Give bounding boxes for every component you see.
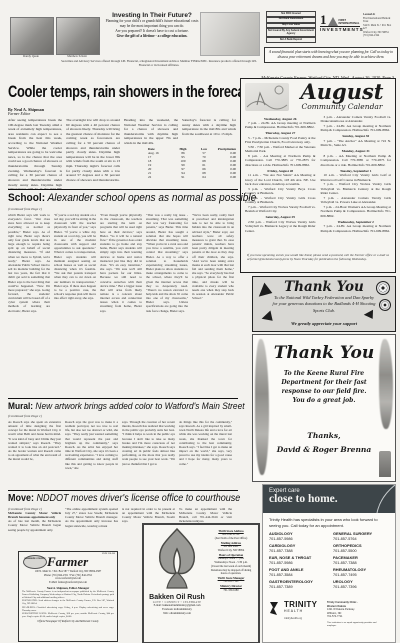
calendar-entry: 7 p.m. - 24-Hr. AA Group meeting at Nort… xyxy=(321,124,392,133)
director-phone: 701-339-6180 xyxy=(208,589,254,593)
calendar-entry: 5 - 7 p.m. - McKenzie County Food Pantry… xyxy=(245,136,316,145)
trinity-health-ad: Expert care close to home. Trinity Healt… xyxy=(262,484,396,643)
ad-body-line: Planning for your child's or grandchild'… xyxy=(104,19,200,29)
section-divider xyxy=(8,398,238,399)
mckenzie-county-logo: McKENZIE COUNTY xyxy=(23,555,47,569)
hours-note: (Closed the last week of each month) xyxy=(208,565,254,569)
ad-tagline: A sound financial plan starts with knowi… xyxy=(264,47,398,63)
trinity-logo-text: TRINITY xyxy=(284,601,317,609)
clinic-phone: 701-572-7711 xyxy=(327,615,385,619)
service-item: UROLOGY 701-857-7396 xyxy=(333,580,389,589)
thank-you-turkey-ad: Thank You To the National Wild Turkey Fe… xyxy=(252,276,396,332)
trinity-services: AUDIOLOGY 701-857-5986 CARDIOLOGY 701-85… xyxy=(269,532,389,598)
school-column-3: "Even though you're physically in the cl… xyxy=(100,213,142,395)
mural-column-3: says. Through the creation of her recent… xyxy=(122,420,175,486)
weather-column-2: The overnight low will drop to around 60… xyxy=(66,118,120,189)
school-continued: (Continued from Page 1) xyxy=(8,207,42,211)
section-divider xyxy=(8,189,238,190)
thank-you-line: To the Keene Rural Fire xyxy=(273,369,375,378)
thank-you-line: You do a great job. xyxy=(273,396,375,405)
weather-table: Date High Low Precipitation Aug. 16 86 5… xyxy=(148,147,238,179)
school-column-5: "We've been really, really hard at presc… xyxy=(192,213,234,395)
pyramid-icon xyxy=(328,17,338,26)
service-item: GENERAL SURGERY 701-857-5764 xyxy=(333,532,389,541)
service-item: ORTHOPEDICS 701-857-5500 xyxy=(333,544,389,553)
weather-column-1: After seeing temperatures break the 100-… xyxy=(8,118,62,189)
farmer-masthead: USPS 338-180 McKENZIE COUNTY Farmer 100 … xyxy=(18,551,118,642)
thank-you-footer: We greatly appreciate your support xyxy=(267,321,381,326)
located-street: 344 N. Main St. • P.O. Box 427 xyxy=(363,24,393,31)
calendar-entry: 7 p.m. - Watford City Wolves Varsity Foo… xyxy=(245,205,316,214)
calendar-subtitle: Community Calendar xyxy=(293,102,391,111)
mural-continued: (Continued from Page 1) xyxy=(8,414,42,418)
move-headline-text: NDDOT moves driver's license office to c… xyxy=(34,493,240,504)
masthead-official: Official Newspaper Of Watford City And M… xyxy=(22,620,114,624)
calendar-entries: Wednesday, August 267 p.m. - 24-Hr. AA G… xyxy=(245,115,391,251)
target-icon xyxy=(376,281,390,295)
bakken-web: Web: oilrushministry.com xyxy=(148,612,206,616)
calendar-entry: 7 p.m. - "The Anchor" AA Meeting at 722 … xyxy=(321,139,392,148)
school-headline-text: Alexander school opens as normal as poss… xyxy=(45,192,256,204)
turkey-icon xyxy=(256,281,273,296)
community-calendar: August Community Calendar Wednesday, Aug… xyxy=(240,78,396,273)
ad-body-line: Give the gift of a lifetime - a college … xyxy=(104,34,200,39)
calendar-entry: 7 p.m. - Alexander Comets Varsity Girls … xyxy=(321,196,392,205)
first-international-logo: 1 FIRST INTERNATIONAL INVESTMENTS xyxy=(320,13,360,32)
flame-graphic xyxy=(379,339,393,429)
calendar-entry: 8 p.m. - AA Meeting at Northern Pump & C… xyxy=(321,154,392,167)
masthead-editor: Neal A. Shipman, Editor-Manager xyxy=(22,586,114,590)
trinity-website: trinityhealth.org xyxy=(284,617,317,620)
calendar-entry: 7 p.m. - Watford City Wolves Varsity Gir… xyxy=(321,182,392,195)
trinity-banner: Expert care close to home. xyxy=(263,485,395,513)
advisor-name-2: Matthew Schulz xyxy=(56,54,98,58)
located-bank: First International Bank & Trust xyxy=(363,17,393,24)
calendar-month: August xyxy=(293,81,391,102)
move-headline: Move: NDDOT moves driver's license offic… xyxy=(8,493,240,504)
mural-headline-text: New artwork brings added color to Watfor… xyxy=(33,401,244,412)
weather-column-4: Saturday's forecast is calling for sunny… xyxy=(182,118,236,144)
trinity-logo-sub: HEALTH xyxy=(284,609,317,613)
calendar-footer-note: If you have upcoming events you would li… xyxy=(247,253,389,262)
service-item: AUDIOLOGY 701-857-5986 xyxy=(269,532,325,541)
bakken-oil-rush-ad: Bakken Oil Rush LOVE • CONNECT • CELEBRA… xyxy=(142,523,260,643)
donations-note: Donations may be dropped off during hour… xyxy=(208,569,254,577)
mural-headline-prefix: Mural: xyxy=(8,401,33,412)
mural-column-4: do things like this for the community," … xyxy=(179,420,232,486)
thank-you-fire-ad: Thank You To the Keene Rural Fire Depart… xyxy=(252,334,396,482)
masthead-legal-1: The McKenzie County Farmer is an indepen… xyxy=(22,591,114,600)
fire-hydrant-icon xyxy=(379,451,391,477)
first-international-ad: Not FDIC InsuredNot Bank GuaranteedMay L… xyxy=(264,9,394,73)
disclosure-bullet: Not A Bank Deposit xyxy=(266,37,316,43)
trinity-logo-icon xyxy=(269,601,282,616)
thank-you-sign1: Thanks, xyxy=(273,431,375,440)
calendar-entry: 2:30 p.m. - Watford City Wolves Varsity … xyxy=(245,220,316,233)
banner-curve-decoration xyxy=(355,485,395,513)
calendar-entry: 7 p.m. - 24-Hr. AA Group meeting at Nort… xyxy=(321,224,392,233)
service-item: EAR, NOSE & THROAT 701-857-5986 xyxy=(269,556,325,565)
school-headline: School: Alexander school opens as normal… xyxy=(8,192,256,204)
usps-number: USPS 338-180 xyxy=(102,553,115,555)
school-headline-prefix: School: xyxy=(8,192,45,204)
masthead-legal-4: SUBSCRIPTION RATES: McKenzie County, $38… xyxy=(22,613,114,619)
service-item: CARDIOLOGY 701-857-7388 xyxy=(269,544,325,553)
calendar-entry: 8 p.m. - AA Meeting at Northern Pump & C… xyxy=(245,154,316,167)
advisor-name-1: Randy Quale xyxy=(10,54,52,58)
clinic-disclaimer: This institution is an equal opportunity… xyxy=(327,622,385,628)
move-headline-prefix: Move: xyxy=(8,493,34,504)
thank-you-body: To the National Wild Turkey Federation a… xyxy=(271,295,377,314)
service-item: FOOT AND ANKLE 701-857-3584 xyxy=(269,568,325,577)
lpl-investment-ad: Randy Quale Matthew Schulz Investing In … xyxy=(8,9,260,73)
weather-byline-title: Farmer Editor xyxy=(8,112,44,116)
calendar-entry: 5:30 - 7:30 p.m. - Watford Market at the… xyxy=(245,145,316,154)
ad-body-line: Are you prepared? It doesn't have to cos… xyxy=(104,29,200,34)
trinity-intro: Trinity Health has specialists in your a… xyxy=(269,517,389,528)
calendar-illustration xyxy=(245,83,289,111)
move-column-1: As of late last month, the McKenzie Coun… xyxy=(8,519,61,531)
mural-headline: Mural: New artwork brings added color to… xyxy=(8,401,245,412)
newspaper-page: Randy Quale Matthew Schulz Investing In … xyxy=(0,0,400,643)
calendar-entry: 7 p.m. - 24-Hour Women's AA Group Meetin… xyxy=(321,205,392,218)
service-item: RHEUMATOLOGY 701-857-7495 xyxy=(333,568,389,577)
weather-column-3: Heading into the weekend, the National W… xyxy=(124,118,178,144)
school-column-1: which Bieler says will work to everyone'… xyxy=(8,213,50,395)
farmer-logo: Farmer xyxy=(47,555,88,568)
thank-you-sign2: David & Roger Brenna xyxy=(265,445,383,454)
move-subhead: McKenzie County Motor Vehicle Branch bec… xyxy=(8,511,61,519)
baby-photo xyxy=(200,12,260,56)
located-phone: (701) 842-2344 xyxy=(363,34,393,38)
calendar-entry: 11 a.m. - "We Are Not Saints" AA Meeting… xyxy=(245,173,316,186)
advisor-photo-1 xyxy=(10,17,54,55)
logo-number: 1 xyxy=(320,13,327,26)
ad-title: Investing In Their Future? xyxy=(104,12,200,19)
flame-graphic xyxy=(255,339,269,475)
target-icon xyxy=(379,299,391,311)
school-column-2: "If you're a red day student on a red da… xyxy=(54,213,96,395)
masthead-email: E-Mail: farmer@watfordcitynd.com xyxy=(22,581,114,585)
service-item: PACEMAKER 701-857-7388 xyxy=(333,556,389,565)
calendar-entry: 3 p.m. - Alexander Comets Varsity Footba… xyxy=(321,115,392,124)
logo-investments: INVESTMENTS xyxy=(320,26,360,32)
disclosure-bullets: Not FDIC InsuredNot Bank GuaranteedMay L… xyxy=(266,11,316,43)
leaf-logo xyxy=(152,527,202,589)
weather-table-body: Aug. 16 86 57 0.00 17 95 70 0.00 18 100 … xyxy=(148,151,238,179)
calendar-entry: 7 p.m. - 24-Hr. AA Group meeting at Nort… xyxy=(245,121,316,130)
logo-international: INTERNATIONAL xyxy=(339,23,360,26)
school-column-4: "That was a really big issue - streaming… xyxy=(146,213,188,395)
calendar-entry: 10 a.m. - Watford City Varsity Girls Gol… xyxy=(321,173,392,182)
sketch-drawing xyxy=(245,83,289,111)
thank-you-title: Thank You xyxy=(273,279,375,295)
service-item: GASTROENTEROLOGY 701-857-7389 xyxy=(269,580,325,589)
thank-you-line: response to our field fire. xyxy=(273,387,375,396)
mural-column-2: Roesch says the goal was to make it a re… xyxy=(65,420,118,486)
weather-table-row: 22 91 64 0.00 xyxy=(148,175,238,179)
move-column-2: "The online appointment system opened Ju… xyxy=(65,507,118,547)
mural-column-1: As Roesch says she spent an extensive am… xyxy=(8,420,61,486)
bakken-title: Bakken Oil Rush xyxy=(148,594,206,601)
thank-you-title: Thank You xyxy=(273,343,375,363)
weather-headline: Cooler temps, rain showers in the foreca… xyxy=(8,83,255,102)
advisor-photo-2 xyxy=(56,17,100,55)
thank-you-line: Department for their fast xyxy=(273,378,375,387)
section-divider xyxy=(8,490,238,491)
disclosure-bullet: Not Insured By Any Federal Government Ag… xyxy=(266,28,316,36)
